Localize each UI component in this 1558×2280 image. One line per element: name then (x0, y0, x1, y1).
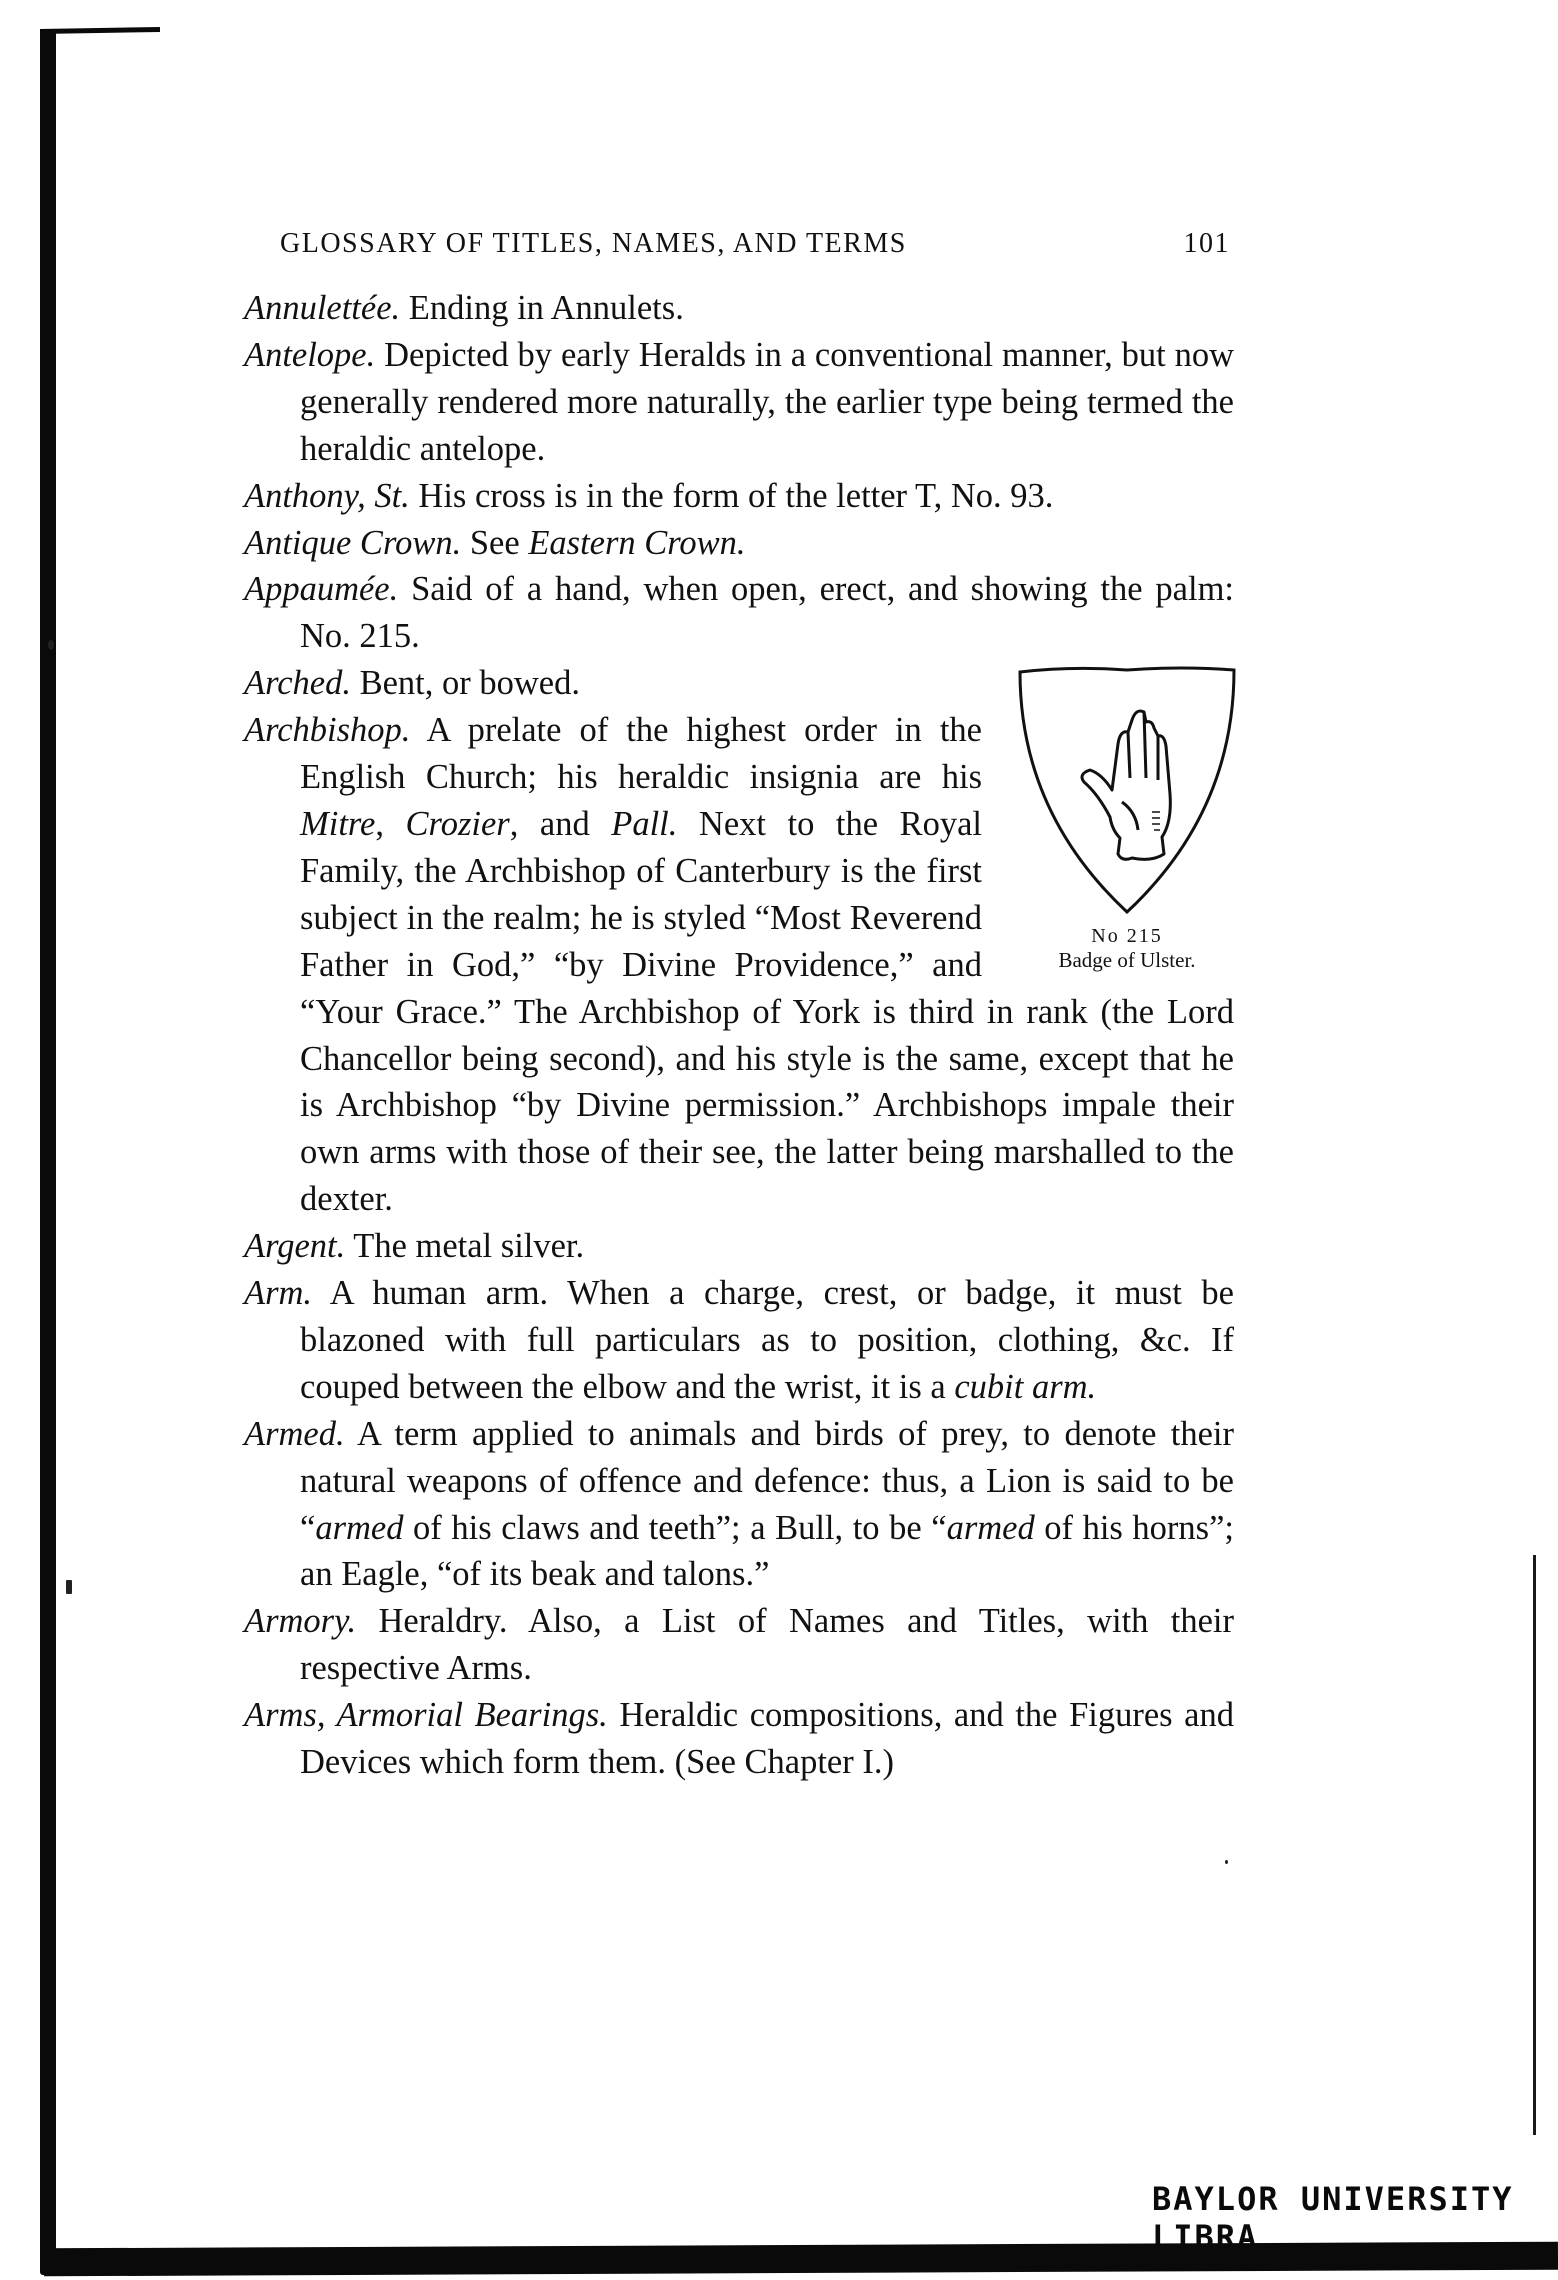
glossary-entry-annulettee: Annulettée. Ending in Annulets. (244, 285, 1234, 332)
figure-caption: Badge of Ulster. (1008, 948, 1246, 972)
glossary-entry-armory: Armory. Heraldry. Also, a List of Names … (244, 1598, 1234, 1692)
entry-term: Argent. (244, 1227, 345, 1265)
glossary-content: Annulettée. Ending in Annulets. Antelope… (244, 285, 1234, 1786)
scan-border-top (40, 27, 160, 34)
entry-definition: See (461, 524, 528, 562)
glossary-entry-argent: Argent. The metal silver. (244, 1223, 1234, 1270)
entry-term: Archbishop. (244, 711, 410, 749)
entry-term: Arm. (244, 1274, 312, 1312)
entry-term: Arms, (244, 1696, 325, 1734)
entry-term: Antelope. (244, 336, 375, 374)
entry-definition: The metal silver. (345, 1227, 584, 1265)
scan-border-left (40, 30, 56, 2275)
entry-term: Anthony, St. (244, 477, 410, 515)
library-stamp: BAYLOR UNIVERSITY LIBRA (1152, 2180, 1558, 2256)
italic-term: armed (315, 1509, 403, 1547)
entry-term: Armed. (244, 1415, 345, 1453)
italic-term: Crozier (406, 805, 510, 843)
entry-term: Arched. (244, 664, 351, 702)
glossary-entry-anthony: Anthony, St. His cross is in the form of… (244, 473, 1234, 520)
scan-speck (1225, 1860, 1228, 1864)
cross-reference: Eastern Crown. (528, 524, 745, 562)
entry-term: Annulettée. (244, 289, 400, 327)
figure-badge-of-ulster: No 215 Badge of Ulster. (1008, 662, 1246, 972)
glossary-entry-armed: Armed. A term applied to animals and bir… (244, 1411, 1234, 1599)
page-number: 101 (1184, 228, 1231, 260)
entry-term: Armory. (244, 1602, 356, 1640)
entry-term-alt: Armorial Bearings. (325, 1696, 607, 1734)
entry-definition: Heraldry. Also, a List of Names and Titl… (300, 1602, 1234, 1687)
italic-term: Mitre (300, 805, 375, 843)
entry-definition: , (375, 805, 405, 843)
entry-term: Appaumée. (244, 570, 398, 608)
glossary-entry-antique-crown: Antique Crown. See Eastern Crown. (244, 520, 1234, 567)
entry-definition: Ending in Annulets. (400, 289, 684, 327)
italic-term: armed (947, 1509, 1035, 1547)
entry-definition: of his claws and teeth”; a Bull, to be “ (403, 1509, 946, 1547)
entry-definition: Depicted by early Heralds in a conventio… (300, 336, 1234, 468)
scan-border-right (1533, 1555, 1536, 2135)
running-head: GLOSSARY OF TITLES, NAMES, AND TERMS 101 (280, 228, 1230, 260)
entry-definition: Bent, or bowed. (351, 664, 580, 702)
entry-definition: Said of a hand, when open, erect, and sh… (300, 570, 1234, 655)
entry-definition: His cross is in the form of the letter T… (410, 477, 1054, 515)
figure-number: No 215 (1008, 924, 1246, 948)
italic-term: Pall. (611, 805, 677, 843)
italic-term: cubit arm. (954, 1368, 1096, 1406)
scan-speck (48, 640, 54, 650)
shield-with-open-hand-icon (1012, 662, 1242, 924)
glossary-entry-appaumee: Appaumée. Said of a hand, when open, ere… (244, 566, 1234, 660)
running-head-title: GLOSSARY OF TITLES, NAMES, AND TERMS (280, 228, 907, 260)
scan-speck (66, 1580, 72, 1594)
entry-definition: , and (510, 805, 612, 843)
glossary-entry-antelope: Antelope. Depicted by early Heralds in a… (244, 332, 1234, 473)
glossary-entry-arms: Arms, Armorial Bearings. Heraldic compos… (244, 1692, 1234, 1786)
glossary-entry-arm: Arm. A human arm. When a charge, crest, … (244, 1270, 1234, 1411)
entry-term: Antique Crown. (244, 524, 461, 562)
